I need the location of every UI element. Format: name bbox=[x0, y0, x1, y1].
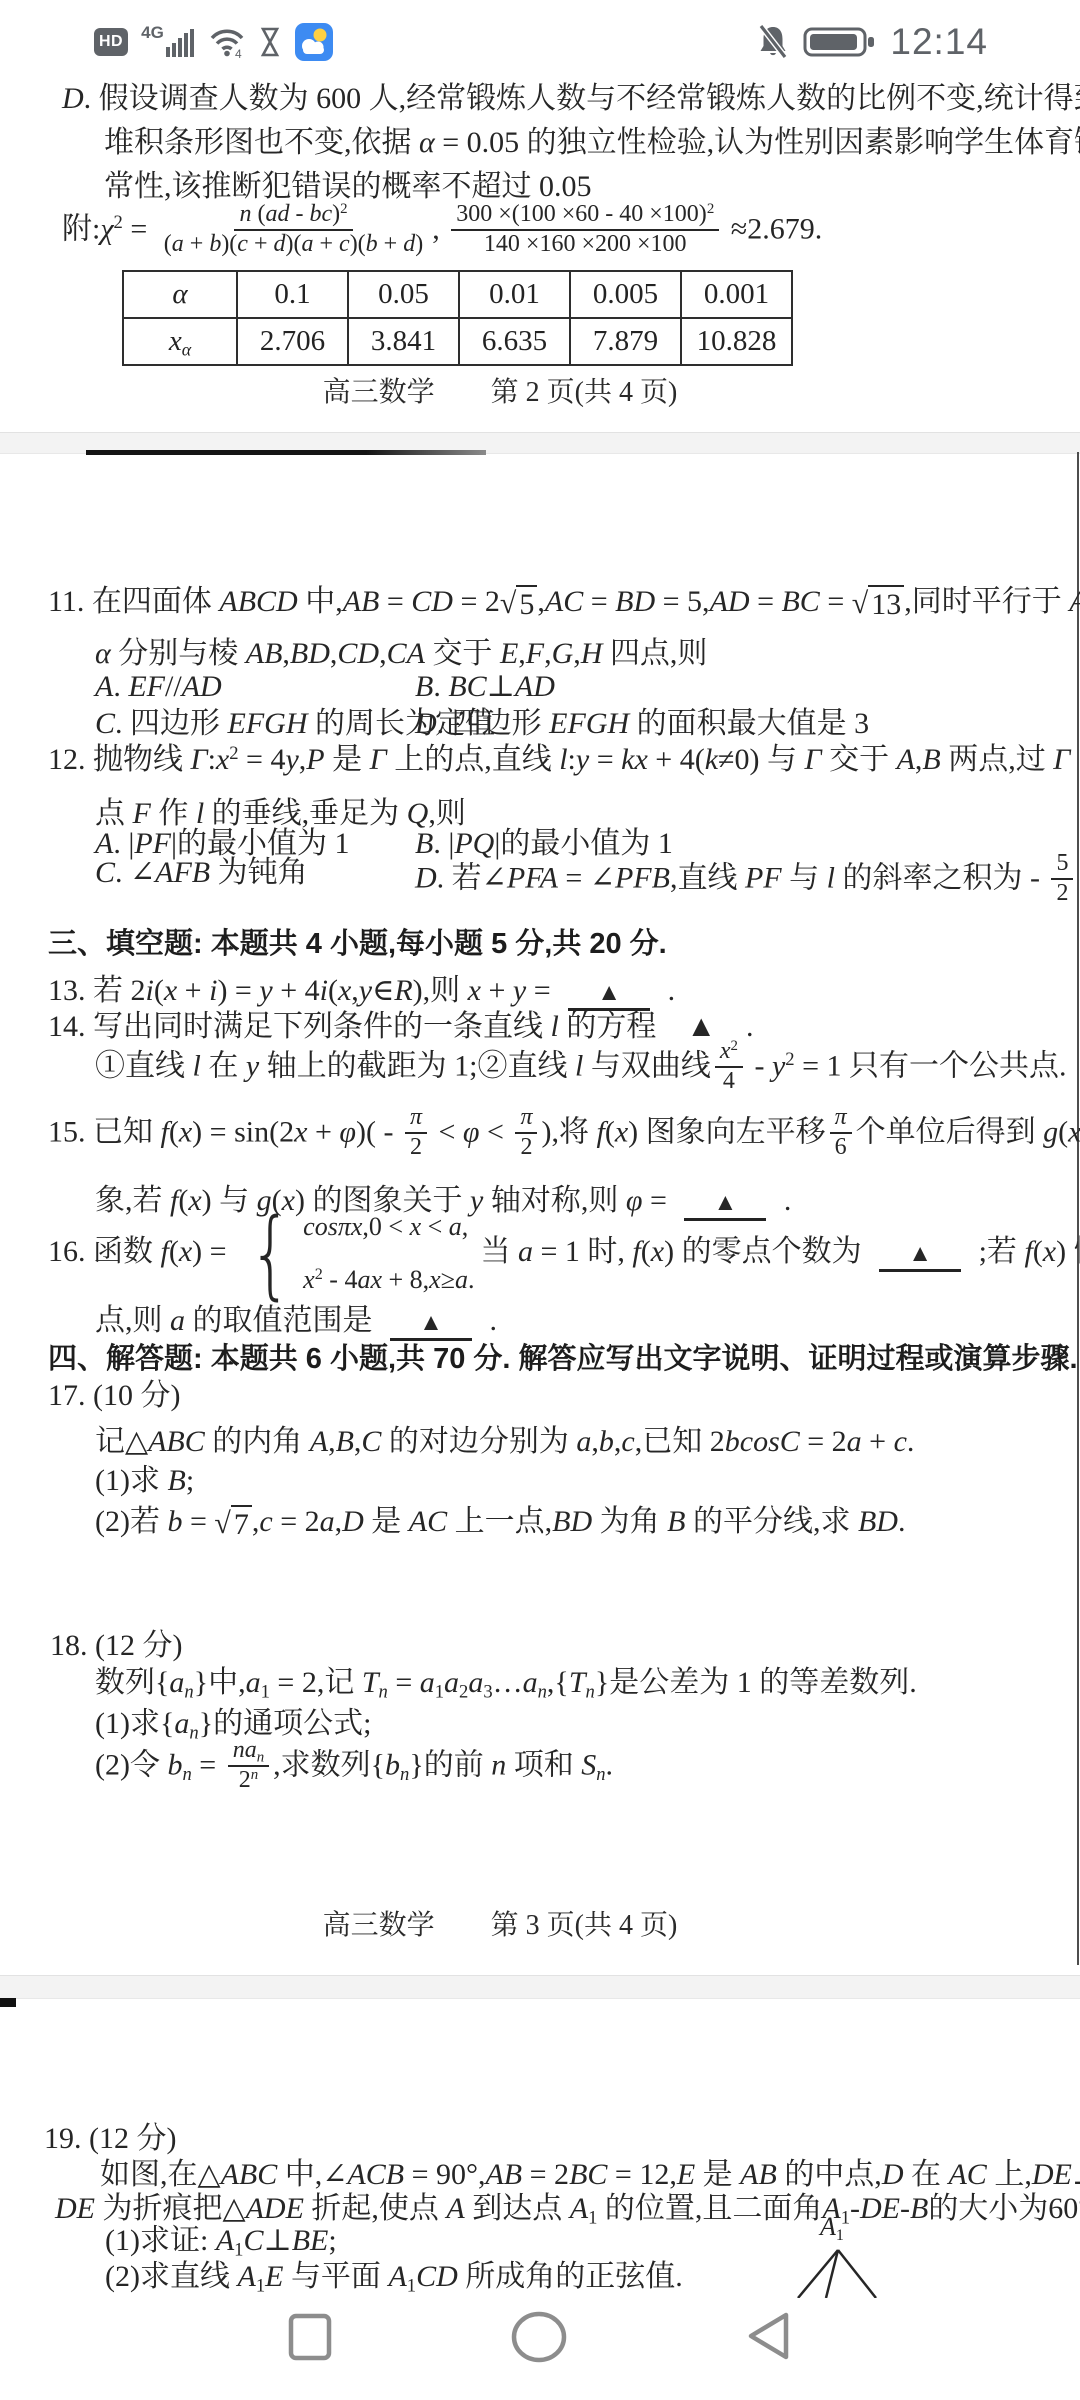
q17-line2: (1)求 B; bbox=[95, 1460, 194, 1502]
q11-options-ab: A. EF//AD B. BC⊥AD bbox=[95, 666, 222, 708]
page3-footer: 高三数学 第 3 页(共 4 页) bbox=[150, 1903, 850, 1943]
q19-figure-icon bbox=[770, 2246, 910, 2298]
back-button[interactable] bbox=[741, 2310, 793, 2365]
table-cell: 0.01 bbox=[459, 271, 570, 318]
q10-option-d-line2: 堆积条形图也不变,依据 α = 0.05 的独立性检验,认为性别因素影响学生体育… bbox=[104, 122, 1080, 164]
q18-line3: (2)令 bn = nan2n,求数列{bn}的前 n 项和 Sn. bbox=[95, 1739, 613, 1796]
recents-square-icon bbox=[287, 2312, 335, 2362]
table-cell: 10.828 bbox=[681, 318, 792, 365]
chi-square-formula: 附:χ2 = n (ad - bc)2(a + b)(c + d)(a + c)… bbox=[62, 203, 822, 260]
q16-line1: 16. 函数 f(x) = {cosπx,0 < x < a,x2 - 4ax … bbox=[48, 1212, 1080, 1296]
table-cell: 0.05 bbox=[348, 271, 459, 318]
q12-line1: 12. 抛物线 Γ:x2 = 4y,P 是 Γ 上的点,直线 l:y = kx … bbox=[48, 739, 1080, 781]
table-cell: 0.1 bbox=[237, 271, 348, 318]
q16-line2: 点,则 a 的取值范围是 ▲ . bbox=[95, 1300, 497, 1342]
q19-line4: (2)求直线 A1E 与平面 A1CD 所成角的正弦值. bbox=[105, 2256, 683, 2298]
q14-line2: ①直线 l 在 y 轴上的截距为 1;②直线 l 与双曲线x24 - y2 = … bbox=[95, 1040, 1067, 1097]
table-cell: xα bbox=[123, 318, 237, 365]
critical-value-table: α0.10.050.010.0050.001xα2.7063.8416.6357… bbox=[122, 270, 793, 366]
table-cell: 0.005 bbox=[570, 271, 681, 318]
q18-head: 18. (12 分) bbox=[50, 1625, 182, 1667]
table-row: xα2.7063.8416.6357.87910.828 bbox=[123, 318, 792, 365]
q15-line1: 15. 已知 f(x) = sin(2x + φ)( - π2 < φ < π2… bbox=[48, 1106, 1080, 1163]
back-triangle-icon bbox=[741, 2310, 793, 2362]
table-cell: α bbox=[123, 271, 237, 318]
recents-button[interactable] bbox=[287, 2312, 335, 2365]
q17-line1: 记△ABC 的内角 A,B,C 的对边分别为 a,b,c,已知 2bcosC =… bbox=[95, 1421, 914, 1463]
document-scroll-area[interactable]: D. 假设调查人数为 600 人,经常锻炼人数与不经常锻炼人数的比例不变,统计得… bbox=[0, 0, 1080, 2400]
q18-line1: 数列{an}中,a1 = 2,记 Tn = a1a2a3…an,{Tn}是公差为… bbox=[95, 1662, 917, 1704]
scan-artifact-top-edge bbox=[86, 450, 486, 455]
table-row: α0.10.050.010.0050.001 bbox=[123, 271, 792, 318]
table-cell: 0.001 bbox=[681, 271, 792, 318]
page-separator-2 bbox=[0, 1975, 1080, 1999]
q11-option-b: B. BC⊥AD bbox=[415, 666, 555, 708]
q17-head: 17. (10 分) bbox=[48, 1375, 180, 1417]
section3-header: 三、填空题: 本题共 4 小题,每小题 5 分,共 20 分. bbox=[48, 923, 667, 965]
table-cell: 7.879 bbox=[570, 318, 681, 365]
scan-artifact-right-edge bbox=[1077, 452, 1079, 1965]
q11-option-a: A. EF//AD bbox=[95, 670, 222, 703]
scan-artifact-left-mark bbox=[0, 1998, 16, 2007]
table-cell: 2.706 bbox=[237, 318, 348, 365]
q10-option-d-line1: D. 假设调查人数为 600 人,经常锻炼人数与不经常锻炼人数的比例不变,统计得… bbox=[62, 78, 1080, 120]
q11-line1: 11. 在四面体 ABCD 中,AB = CD = 2√5,AC = BD = … bbox=[48, 581, 1080, 623]
home-button[interactable] bbox=[509, 2310, 569, 2367]
home-circle-icon bbox=[509, 2310, 569, 2364]
table-cell: 6.635 bbox=[459, 318, 570, 365]
figure-vertex-label: A1 bbox=[820, 2212, 844, 2242]
section4-header: 四、解答题: 本题共 6 小题,共 70 分. 解答应写出文字说明、证明过程或演… bbox=[48, 1338, 1078, 1380]
q17-line3: (2)若 b = √7,c = 2a,D 是 AC 上一点,BD 为角 B 的平… bbox=[95, 1501, 905, 1543]
q12-options-cd: C. ∠AFB 为钝角 D. 若∠PFA = ∠PFB,直线 PF 与 l 的斜… bbox=[95, 852, 308, 894]
q12-option-d: D. 若∠PFA = ∠PFB,直线 PF 与 l 的斜率之积为 - 52 bbox=[415, 852, 1077, 909]
page2-footer: 高三数学 第 2 页(共 4 页) bbox=[150, 370, 850, 410]
table-cell: 3.841 bbox=[348, 318, 459, 365]
q12-option-c: C. ∠AFB 为钝角 bbox=[95, 856, 308, 889]
